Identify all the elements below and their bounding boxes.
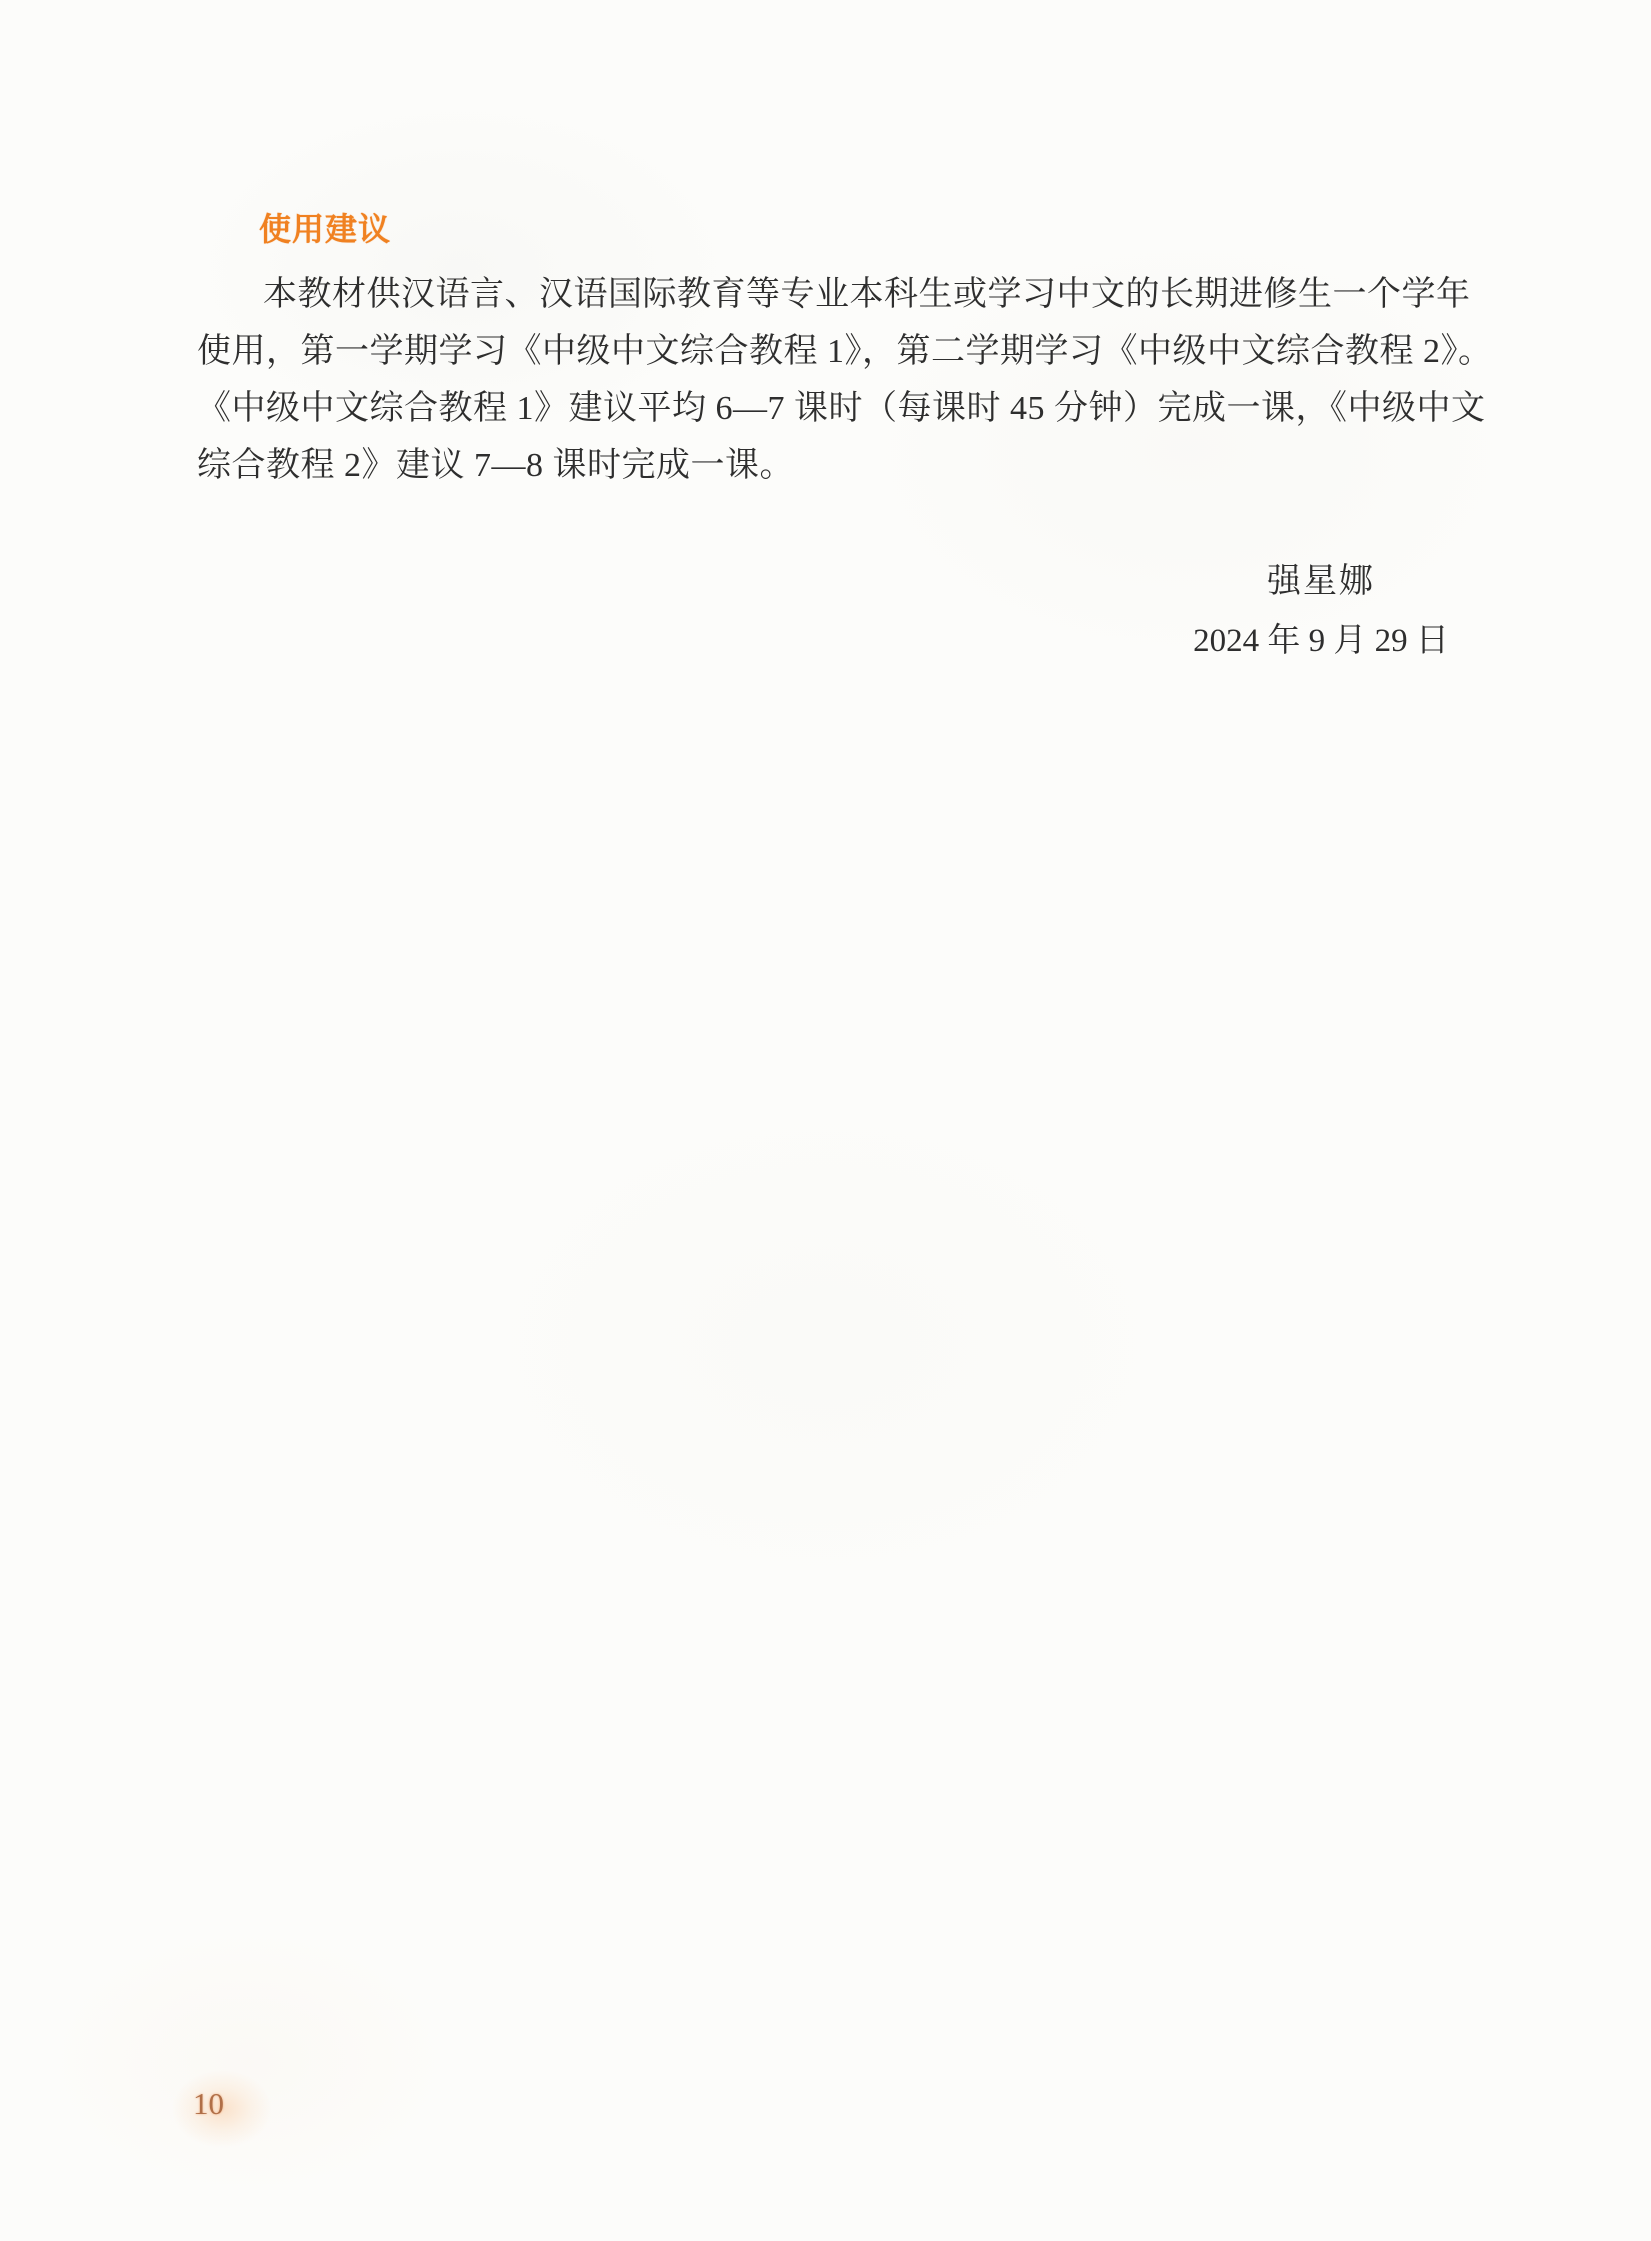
paragraph-line-1: 本教材供汉语言、汉语国际教育等专业本科生或学习中文的长期进修生一个学年 [197,266,1453,323]
section-heading: 使用建议 [259,209,391,249]
signature-author: 强星娜 [1191,560,1451,604]
page-number: 10 [168,2066,278,2156]
paragraph-line-4: 综合教程 2》建议 7—8 课时完成一课。 [197,437,1453,494]
signature-block: 强星娜 2024 年 9 月 29 日 [1191,560,1451,662]
page-number-text: 10 [193,2086,224,2122]
paragraph-line-3: 《中级中文综合教程 1》建议平均 6—7 课时（每课时 45 分钟）完成一课，《… [197,380,1453,437]
paragraph-line-2: 使用，第一学期学习《中级中文综合教程 1》，第二学期学习《中级中文综合教程 2》… [197,323,1453,380]
document-page: 使用建议 本教材供汉语言、汉语国际教育等专业本科生或学习中文的长期进修生一个学年… [0,0,1651,2241]
signature-date: 2024 年 9 月 29 日 [1191,620,1451,662]
body-paragraph: 本教材供汉语言、汉语国际教育等专业本科生或学习中文的长期进修生一个学年 使用，第… [197,266,1453,494]
